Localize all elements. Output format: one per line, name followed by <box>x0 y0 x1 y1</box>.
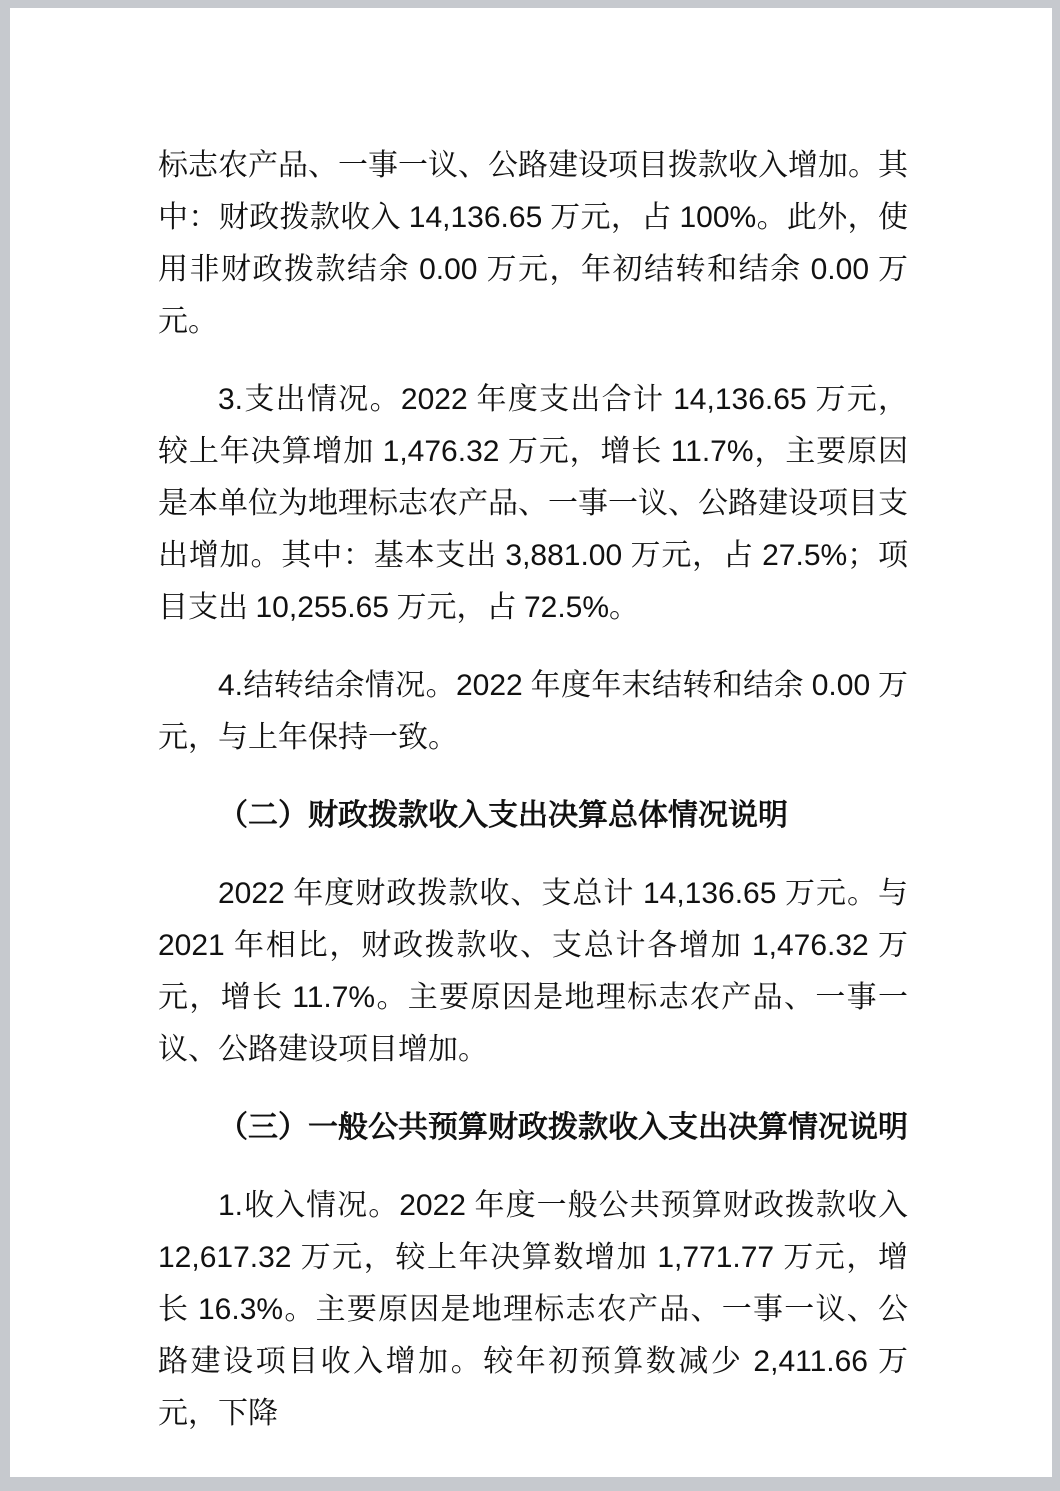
paragraph-expenditure: 3.支出情况。2022 年度支出合计 14,136.65 万元，较上年决算增加 … <box>158 374 908 634</box>
document-body: 标志农产品、一事一议、公路建设项目拨款收入增加。其中：财政拨款收入 14,136… <box>10 8 1052 1477</box>
document-page: 标志农产品、一事一议、公路建设项目拨款收入增加。其中：财政拨款收入 14,136… <box>10 8 1052 1477</box>
paragraph-carryover: 4.结转结余情况。2022 年度年末结转和结余 0.00 万元，与上年保持一致。 <box>158 660 908 764</box>
paragraph-general-budget-income: 1.收入情况。2022 年度一般公共预算财政拨款收入 12,617.32 万元，… <box>158 1180 908 1440</box>
section-heading-general-public-budget: （三）一般公共预算财政拨款收入支出决算情况说明 <box>158 1102 908 1154</box>
section-heading-fiscal-appropriation: （二）财政拨款收入支出决算总体情况说明 <box>158 790 908 842</box>
page-background: 标志农产品、一事一议、公路建设项目拨款收入增加。其中：财政拨款收入 14,136… <box>0 0 1060 1491</box>
paragraph-fiscal-appropriation-total: 2022 年度财政拨款收、支总计 14,136.65 万元。与 2021 年相比… <box>158 868 908 1076</box>
paragraph-funding-income-continued: 标志农产品、一事一议、公路建设项目拨款收入增加。其中：财政拨款收入 14,136… <box>158 140 908 348</box>
